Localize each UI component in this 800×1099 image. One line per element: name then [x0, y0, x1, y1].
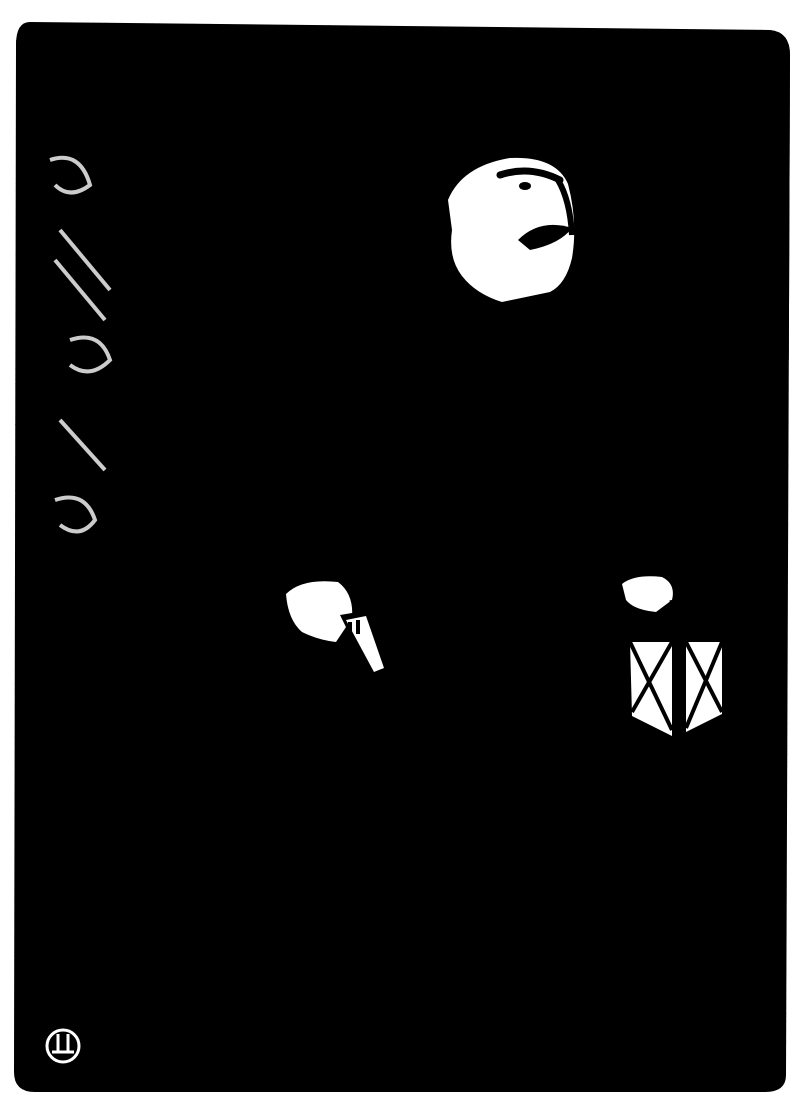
eye — [519, 182, 531, 190]
illustration-canvas: JL — [0, 0, 800, 1099]
watchman-head — [440, 150, 582, 310]
artwork: JL — [0, 0, 800, 1099]
